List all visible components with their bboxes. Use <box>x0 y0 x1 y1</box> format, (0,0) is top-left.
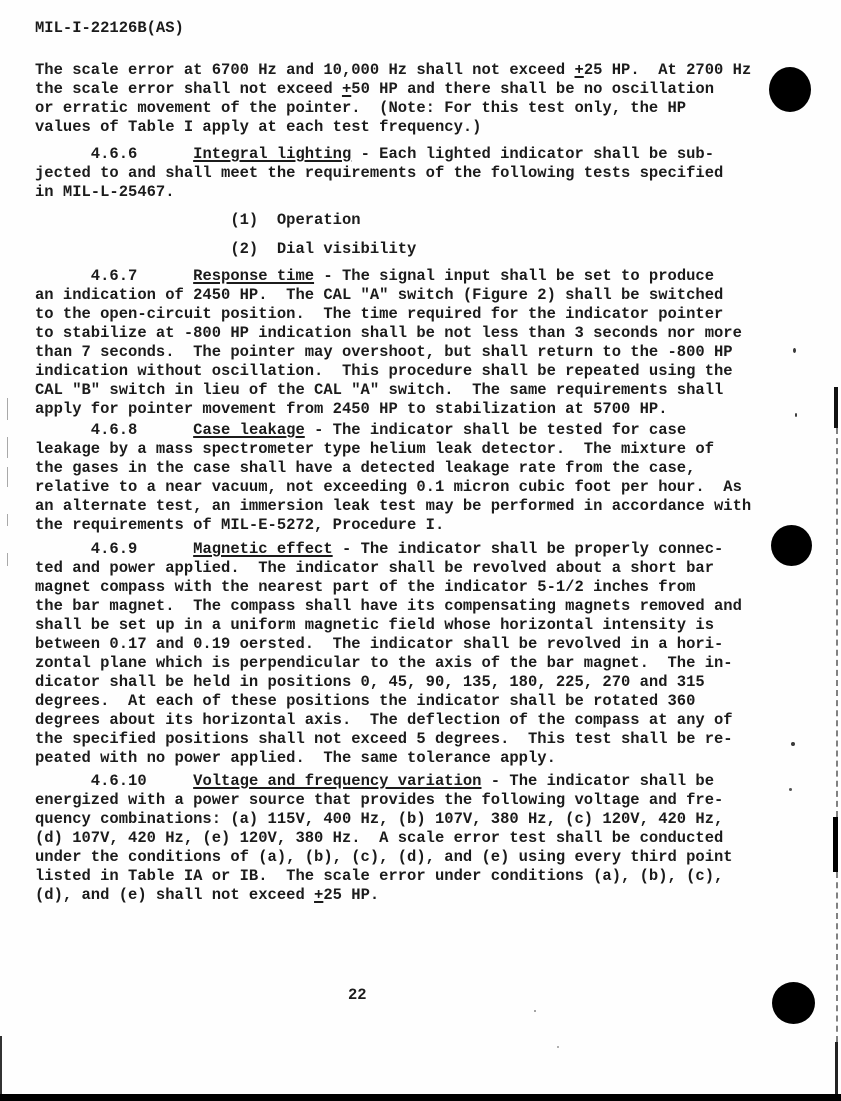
list-item-dial-visibility: (2) Dial visibility <box>35 240 416 259</box>
text-run: 25 HP. <box>323 886 379 904</box>
right-edge-line-segment-3 <box>835 1042 838 1095</box>
section-4-6-6-integral-lighting: 4.6.6 Integral lighting - Each lighted i… <box>35 145 723 202</box>
underlined-text: Case leakage <box>193 421 305 439</box>
doc-number-header: MIL-I-22126B(AS) <box>35 19 184 38</box>
text-run: (2) Dial visibility <box>35 240 416 258</box>
underlined-text: + <box>575 61 584 79</box>
text-run: 4.6.7 <box>35 267 193 285</box>
right-edge-dashed-line-1 <box>836 428 838 817</box>
scan-speck <box>793 348 796 353</box>
page-number: 22 <box>348 986 367 1005</box>
underlined-text: Response time <box>193 267 314 285</box>
scan-speck <box>795 413 797 417</box>
text-run: - The indicator shall be properly connec… <box>35 540 742 767</box>
right-edge-line-segment-2 <box>833 817 838 872</box>
left-margin-mark <box>7 467 8 487</box>
text-run: - The signal input shall be set to produ… <box>35 267 742 418</box>
text-run: 4.6.9 <box>35 540 193 558</box>
scan-speck <box>789 788 792 791</box>
underlined-text: Magnetic effect <box>193 540 333 558</box>
text-run: The scale error at 6700 Hz and 10,000 Hz… <box>35 61 575 79</box>
underlined-text: + <box>342 80 351 98</box>
section-4-6-7-response-time: 4.6.7 Response time - The signal input s… <box>35 267 742 419</box>
list-item-operation: (1) Operation <box>35 211 361 230</box>
text-run: 4.6.8 <box>35 421 193 439</box>
scan-speck <box>791 742 795 746</box>
right-edge-dashed-line-2 <box>836 872 838 1042</box>
text-run: - The indicator shall be energized with … <box>35 772 733 904</box>
left-margin-mark <box>7 553 8 566</box>
hole-punch-dot-top <box>769 67 811 112</box>
underlined-text: Voltage and frequency variation <box>193 772 481 790</box>
text-run: (1) Operation <box>35 211 361 229</box>
left-edge-line <box>0 1036 2 1101</box>
text-run: 4.6.10 <box>35 772 193 790</box>
left-margin-mark <box>7 398 8 420</box>
section-4-6-10-voltage-frequency-variation: 4.6.10 Voltage and frequency variation -… <box>35 772 733 905</box>
document-page: MIL-I-22126B(AS) The scale error at 6700… <box>0 0 841 1101</box>
bottom-scan-bar <box>0 1094 841 1101</box>
section-4-6-9-magnetic-effect: 4.6.9 Magnetic effect - The indicator sh… <box>35 540 742 768</box>
hole-punch-dot-bottom <box>772 982 815 1024</box>
left-margin-mark <box>7 437 8 458</box>
scan-speck <box>557 1046 559 1048</box>
underlined-text: + <box>314 886 323 904</box>
text-run: 4.6.6 <box>35 145 193 163</box>
underlined-text: Integral lighting <box>193 145 351 163</box>
section-4-6-8-case-leakage: 4.6.8 Case leakage - The indicator shall… <box>35 421 751 535</box>
left-margin-mark <box>7 514 8 526</box>
right-edge-line-segment-1 <box>834 387 838 428</box>
hole-punch-dot-middle <box>771 525 812 566</box>
para-scale-error: The scale error at 6700 Hz and 10,000 Hz… <box>35 61 751 137</box>
scan-speck <box>534 1010 536 1012</box>
